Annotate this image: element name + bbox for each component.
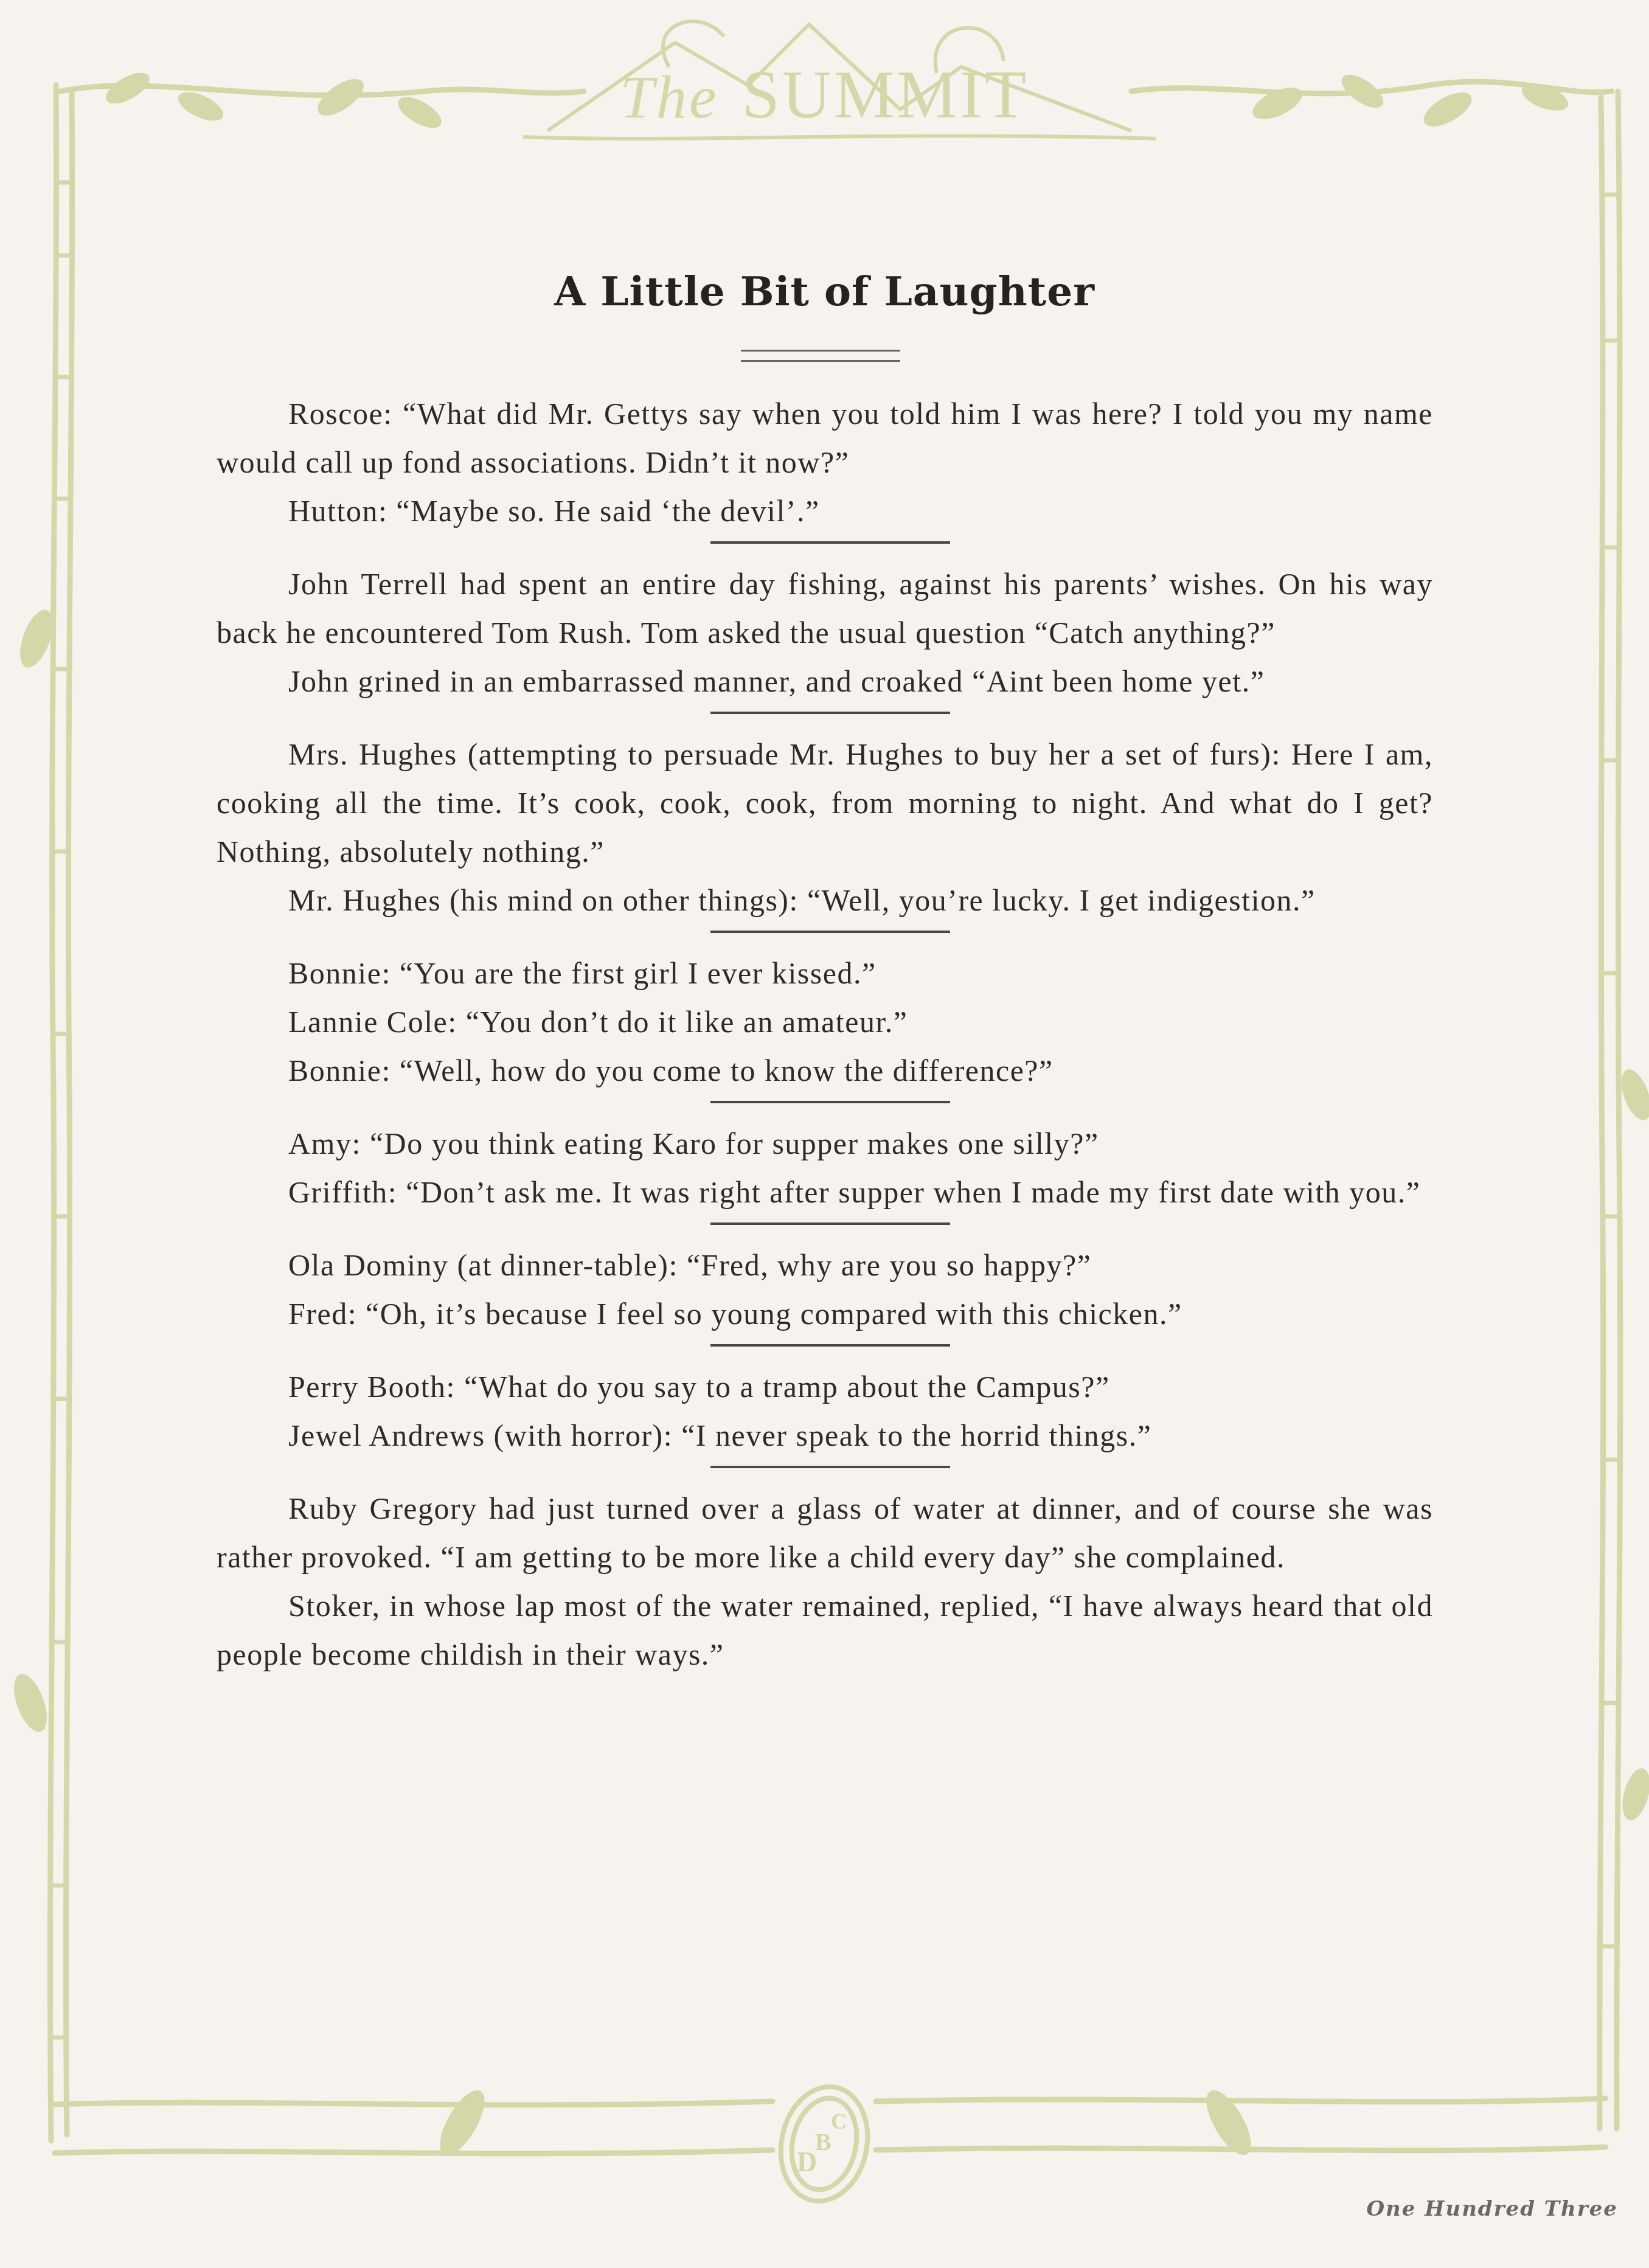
joke-paragraph: Fred: “Oh, it’s because I feel so young … <box>217 1289 1433 1338</box>
svg-text:C: C <box>831 2109 847 2134</box>
joke-paragraph: Jewel Andrews (with horror): “I never sp… <box>217 1411 1433 1460</box>
joke-separator-rule <box>710 1101 950 1103</box>
page-number: One Hundred Three <box>1338 2197 1618 2221</box>
joke-block: John Terrell had spent an entire day fis… <box>217 560 1433 706</box>
joke-paragraph: Lannie Cole: “You don’t do it like an am… <box>217 997 1433 1046</box>
joke-paragraph: Hutton: “Maybe so. He said ‘the devil’.” <box>217 487 1433 535</box>
joke-separator-rule <box>710 1344 950 1347</box>
joke-separator-rule <box>710 931 950 933</box>
joke-block: Ruby Gregory had just turned over a glas… <box>217 1484 1433 1679</box>
joke-separator-rule <box>710 712 950 714</box>
masthead: The SUMMIT <box>0 0 1649 158</box>
joke-block: Bonnie: “You are the first girl I ever k… <box>217 949 1433 1095</box>
joke-paragraph: John grined in an embarrassed manner, an… <box>217 657 1433 706</box>
title-double-rule <box>741 350 900 362</box>
joke-block: Amy: “Do you think eating Karo for suppe… <box>217 1119 1433 1216</box>
joke-block: Roscoe: “What did Mr. Gettys say when yo… <box>217 389 1433 535</box>
joke-paragraph: John Terrell had spent an entire day fis… <box>217 560 1433 657</box>
joke-paragraph: Amy: “Do you think eating Karo for suppe… <box>217 1119 1433 1168</box>
masthead-title: The SUMMIT <box>0 61 1649 129</box>
svg-text:B: B <box>815 2128 831 2155</box>
joke-block: Mrs. Hughes (attempting to persuade Mr. … <box>217 730 1433 924</box>
page-title: A Little Bit of Laughter <box>0 268 1649 315</box>
joke-paragraph: Mrs. Hughes (attempting to persuade Mr. … <box>217 730 1433 876</box>
dbc-monogram: D B C <box>785 2092 858 2202</box>
joke-paragraph: Mr. Hughes (his mind on other things): “… <box>217 876 1433 924</box>
jokes-content: Roscoe: “What did Mr. Gettys say when yo… <box>217 389 1433 1679</box>
joke-paragraph: Ola Dominy (at dinner-table): “Fred, why… <box>217 1241 1433 1289</box>
joke-separator-rule <box>710 1222 950 1225</box>
joke-paragraph: Bonnie: “You are the first girl I ever k… <box>217 949 1433 997</box>
joke-block: Ola Dominy (at dinner-table): “Fred, why… <box>217 1241 1433 1338</box>
joke-paragraph: Bonnie: “Well, how do you come to know t… <box>217 1046 1433 1095</box>
svg-text:D: D <box>797 2146 817 2177</box>
joke-separator-rule <box>710 541 950 544</box>
masthead-the: The <box>620 63 718 131</box>
joke-paragraph: Roscoe: “What did Mr. Gettys say when yo… <box>217 389 1433 487</box>
joke-separator-rule <box>710 1466 950 1468</box>
joke-paragraph: Ruby Gregory had just turned over a glas… <box>217 1484 1433 1581</box>
masthead-summit: SUMMIT <box>741 57 1029 133</box>
joke-block: Perry Booth: “What do you say to a tramp… <box>217 1362 1433 1460</box>
joke-paragraph: Perry Booth: “What do you say to a tramp… <box>217 1362 1433 1411</box>
joke-paragraph: Griffith: “Don’t ask me. It was right af… <box>217 1168 1433 1216</box>
joke-paragraph: Stoker, in whose lap most of the water r… <box>217 1581 1433 1679</box>
